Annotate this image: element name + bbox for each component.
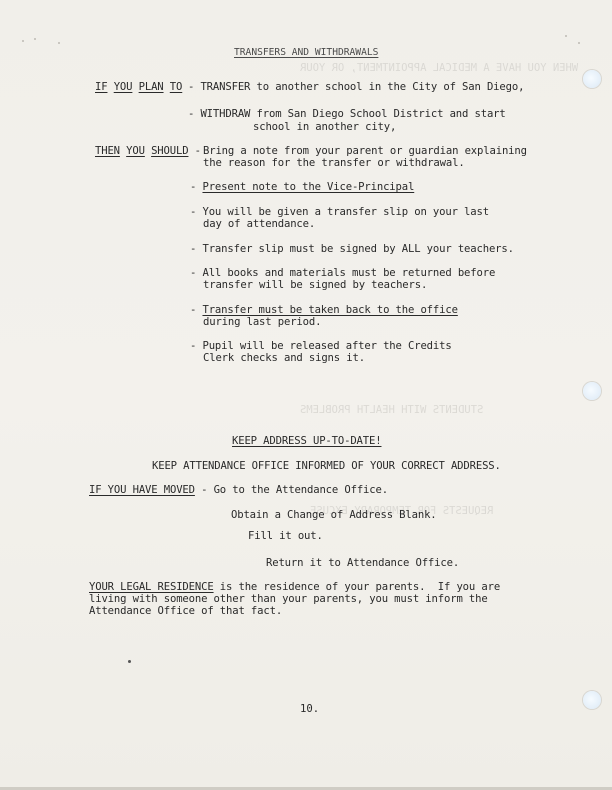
moved-step-1: - Go to the Attendance Office. <box>201 484 388 496</box>
address-heading: KEEP ADDRESS UP-TO-DATE! <box>232 435 381 447</box>
step-1-cont: the reason for the transfer or withdrawa… <box>203 157 465 169</box>
step-1: Bring a note from your parent or guardia… <box>203 145 527 157</box>
label-word: PLAN <box>139 81 164 93</box>
step-5: - All books and materials must be return… <box>190 267 495 279</box>
step-3-cont: day of attendance. <box>203 218 315 230</box>
if-you-plan-to-label: IF YOU PLAN TO <box>95 81 182 93</box>
legal-residence-line-2: living with someone other than your pare… <box>89 593 488 605</box>
then-you-should-label: THEN YOU SHOULD - <box>95 145 201 157</box>
hole-punch-top <box>583 70 601 88</box>
step-text: All books and materials must be returned… <box>202 267 495 279</box>
label-word: YOU <box>114 81 133 93</box>
bleed-through-text: STUDENTS WITH HEALTH PROBLEMS <box>300 404 483 416</box>
hole-punch-middle <box>583 382 601 400</box>
step-6-cont: during last period. <box>203 316 321 328</box>
step-7: - Pupil will be released after the Credi… <box>190 340 452 352</box>
label-word: TO <box>170 81 182 93</box>
address-instruction: KEEP ATTENDANCE OFFICE INFORMED OF YOUR … <box>152 460 501 472</box>
hole-punch-bottom <box>583 691 601 709</box>
transfer-option: - TRANSFER to another school in the City… <box>188 81 524 93</box>
label-word: THEN <box>95 145 120 157</box>
legal-residence-line-1: YOUR LEGAL RESIDENCE is the residence of… <box>89 581 500 593</box>
scanned-page: WHEN YOU HAVE A MEDICAL APPOINTMENT, OR … <box>0 0 612 790</box>
withdraw-option: - WITHDRAW from San Diego School Distric… <box>188 108 506 120</box>
bleed-through-text: WHEN YOU HAVE A MEDICAL APPOINTMENT, OR … <box>300 62 578 74</box>
moved-step-4: Return it to Attendance Office. <box>266 557 459 569</box>
legal-residence-line-3: Attendance Office of that fact. <box>89 605 282 617</box>
label-word: SHOULD <box>151 145 188 157</box>
label-word: YOU <box>126 145 145 157</box>
label-word: IF <box>95 81 107 93</box>
step-text: You will be given a transfer slip on you… <box>202 206 489 218</box>
label-text: IF YOU HAVE MOVED <box>89 484 195 496</box>
page-title: TRANSFERS AND WITHDRAWALS <box>234 47 378 59</box>
if-you-have-moved-label: IF YOU HAVE MOVED - Go to the Attendance… <box>89 484 388 496</box>
speck <box>58 42 60 44</box>
speck <box>128 660 131 663</box>
speck <box>22 40 24 42</box>
step-text: Pupil will be released after the Credits <box>202 340 451 352</box>
step-text: Transfer must be taken back to the offic… <box>202 304 457 316</box>
step-text: Transfer slip must be signed by ALL your… <box>202 243 513 255</box>
step-4: - Transfer slip must be signed by ALL yo… <box>190 243 514 255</box>
speck <box>565 35 567 37</box>
legal-residence-text: is the residence of your parents. If you… <box>214 581 501 593</box>
step-5-cont: transfer will be signed by teachers. <box>203 279 427 291</box>
step-text: Present note to the Vice-Principal <box>202 181 414 193</box>
moved-step-3: Fill it out. <box>248 530 323 542</box>
speck <box>578 42 580 44</box>
withdraw-option-cont: school in another city, <box>253 121 396 133</box>
speck <box>34 38 36 40</box>
legal-residence-label: YOUR LEGAL RESIDENCE <box>89 581 214 593</box>
step-6: - Transfer must be taken back to the off… <box>190 304 458 316</box>
page-number: 10. <box>300 703 319 715</box>
step-2: - Present note to the Vice-Principal <box>190 181 414 193</box>
step-7-cont: Clerk checks and signs it. <box>203 352 365 364</box>
moved-step-2: Obtain a Change of Address Blank. <box>231 509 437 521</box>
step-3: - You will be given a transfer slip on y… <box>190 206 489 218</box>
